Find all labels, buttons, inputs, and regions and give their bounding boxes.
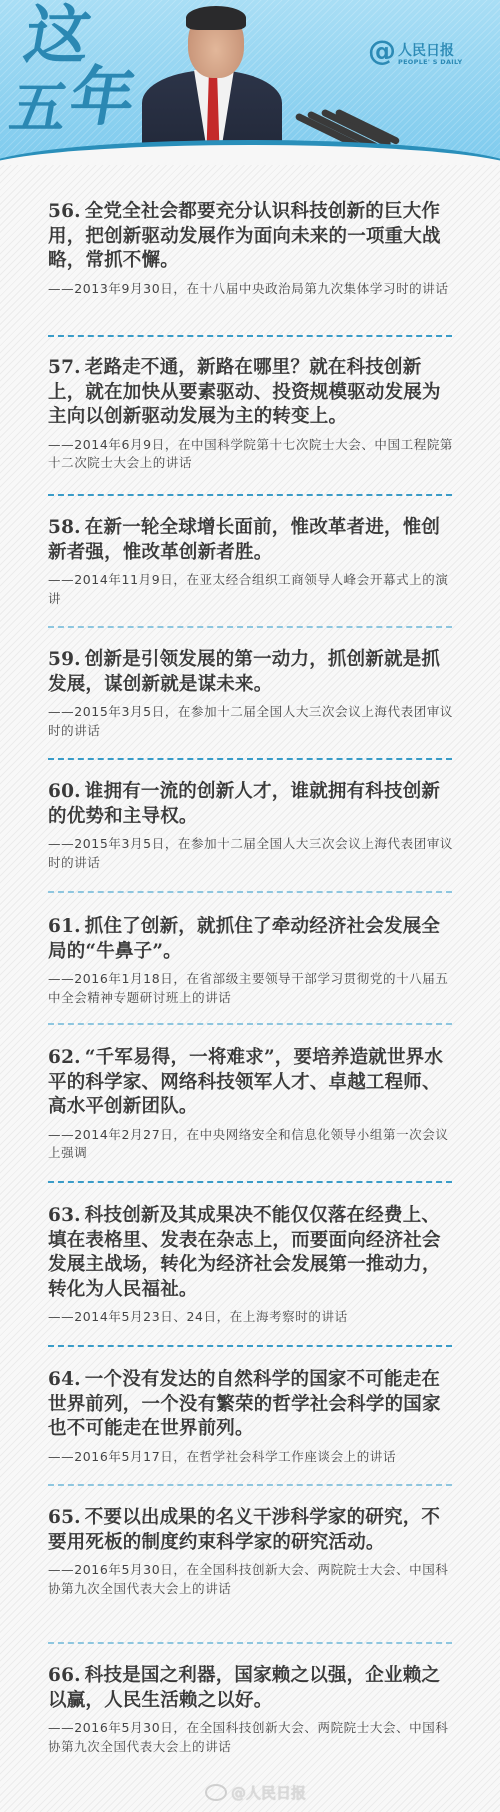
quote-text: 59.创新是引领发展的第一动力，抓创新就是抓发展，谋创新就是谋未来。	[48, 648, 454, 697]
quote-entry-66: 66.科技是国之利器，国家赖之以强，企业赖之以赢，人民生活赖之以好。 ——201…	[48, 1664, 454, 1756]
quote-text: 58.在新一轮全球增长面前，惟改革者进，惟创新者强，惟改革创新者胜。	[48, 516, 454, 565]
weibo-watermark: @人民日报	[205, 1782, 306, 1803]
divider	[48, 1181, 452, 1183]
watermark-text: @人民日报	[231, 1782, 306, 1803]
quote-entry-62: 62.“千军易得，一将难求”，要培养造就世界水平的科学家、网络科技领军人才、卓越…	[48, 1046, 454, 1163]
quote-number: 66.	[48, 1665, 81, 1686]
quote-entry-58: 58.在新一轮全球增长面前，惟改革者进，惟创新者强，惟改革创新者胜。 ——201…	[48, 516, 454, 608]
quote-text: 66.科技是国之利器，国家赖之以强，企业赖之以赢，人民生活赖之以好。	[48, 1664, 454, 1713]
weibo-icon	[205, 1784, 227, 1801]
quote-source: ——2013年9月30日，在十八届中央政治局第九次集体学习时的讲话	[48, 280, 454, 299]
quote-text: 63.科技创新及其成果决不能仅仅落在经费上、填在表格里、发表在杂志上，而要面向经…	[48, 1204, 454, 1302]
quote-number: 56.	[48, 201, 81, 222]
quote-entry-57: 57.老路走不通，新路在哪里？就在科技创新上，就在加快从要素驱动、投资规模驱动发…	[48, 356, 454, 473]
header-banner: 这 五 年 @ 人民日报 PEOPLE' S DAILY	[0, 0, 500, 165]
calligraphy-char-2: 五	[5, 76, 72, 140]
divider	[48, 1642, 452, 1644]
divider	[48, 626, 452, 628]
quote-source: ——2016年5月17日，在哲学社会科学工作座谈会上的讲话	[48, 1448, 454, 1467]
quote-entry-60: 60.谁拥有一流的创新人才，谁就拥有科技创新的优势和主导权。 ——2015年3月…	[48, 780, 454, 872]
calligraphy-char-1: 这	[20, 4, 95, 68]
quote-text: 57.老路走不通，新路在哪里？就在科技创新上，就在加快从要素驱动、投资规模驱动发…	[48, 356, 454, 430]
quote-text: 65.不要以出成果的名义干涉科学家的研究，不要用死板的制度约束科学家的研究活动。	[48, 1506, 454, 1555]
quote-number: 58.	[48, 517, 81, 538]
quote-text: 64.一个没有发达的自然科学的国家不可能走在世界前列，一个没有繁荣的哲学社会科学…	[48, 1368, 454, 1442]
divider	[48, 1484, 452, 1486]
quote-source: ——2016年5月30日，在全国科技创新大会、两院院士大会、中国科协第九次全国代…	[48, 1561, 454, 1598]
calligraphy-title: 这 五 年	[0, 4, 151, 154]
quote-entry-56: 56.全党全社会都要充分认识科技创新的巨大作用，把创新驱动发展作为面向未来的一项…	[48, 200, 454, 298]
quote-source: ——2016年5月30日，在全国科技创新大会、两院院士大会、中国科协第九次全国代…	[48, 1719, 454, 1756]
peoples-daily-logo: @ 人民日报 PEOPLE' S DAILY	[368, 36, 478, 70]
quote-entry-63: 63.科技创新及其成果决不能仅仅落在经费上、填在表格里、发表在杂志上，而要面向经…	[48, 1204, 454, 1327]
quote-entry-61: 61.抓住了创新，就抓住了牵动经济社会发展全局的“牛鼻子”。 ——2016年1月…	[48, 915, 454, 1007]
quote-number: 60.	[48, 781, 81, 802]
quote-number: 65.	[48, 1507, 81, 1528]
hair-shape	[186, 6, 246, 30]
quote-source: ——2014年5月23日、24日，在上海考察时的讲话	[48, 1308, 454, 1327]
quote-number: 57.	[48, 357, 81, 378]
logo-name: 人民日报	[398, 40, 454, 60]
quote-source: ——2014年2月27日，在中央网络安全和信息化领导小组第一次会议上强调	[48, 1126, 454, 1163]
at-sign-icon: @	[368, 36, 396, 66]
quote-text: 61.抓住了创新，就抓住了牵动经济社会发展全局的“牛鼻子”。	[48, 915, 454, 964]
calligraphy-char-3: 年	[65, 66, 140, 130]
quote-entry-59: 59.创新是引领发展的第一动力，抓创新就是抓发展，谋创新就是谋未来。 ——201…	[48, 648, 454, 740]
logo-subtitle: PEOPLE' S DAILY	[398, 58, 462, 66]
divider	[48, 1345, 452, 1347]
divider	[48, 335, 452, 337]
quote-entry-65: 65.不要以出成果的名义干涉科学家的研究，不要用死板的制度约束科学家的研究活动。…	[48, 1506, 454, 1598]
divider	[48, 758, 452, 760]
quote-number: 63.	[48, 1205, 81, 1226]
quote-source: ——2015年3月5日，在参加十二届全国人大三次会议上海代表团审议时的讲话	[48, 703, 454, 740]
quote-entry-64: 64.一个没有发达的自然科学的国家不可能走在世界前列，一个没有繁荣的哲学社会科学…	[48, 1368, 454, 1466]
quote-text: 56.全党全社会都要充分认识科技创新的巨大作用，把创新驱动发展作为面向未来的一项…	[48, 200, 454, 274]
divider	[48, 891, 452, 893]
quote-source: ——2014年11月9日，在亚太经合组织工商领导人峰会开幕式上的演讲	[48, 571, 454, 608]
quote-source: ——2014年6月9日，在中国科学院第十七次院士大会、中国工程院第十二次院士大会…	[48, 436, 454, 473]
divider	[48, 494, 452, 496]
quote-text: 62.“千军易得，一将难求”，要培养造就世界水平的科学家、网络科技领军人才、卓越…	[48, 1046, 454, 1120]
quote-text: 60.谁拥有一流的创新人才，谁就拥有科技创新的优势和主导权。	[48, 780, 454, 829]
quote-number: 61.	[48, 916, 81, 937]
quote-source: ——2016年1月18日，在省部级主要领导干部学习贯彻党的十八届五中全会精神专题…	[48, 970, 454, 1007]
quote-number: 64.	[48, 1369, 81, 1390]
quote-number: 62.	[48, 1047, 81, 1068]
quote-source: ——2015年3月5日，在参加十二届全国人大三次会议上海代表团审议时的讲话	[48, 835, 454, 872]
divider	[48, 1023, 452, 1025]
quote-number: 59.	[48, 649, 81, 670]
